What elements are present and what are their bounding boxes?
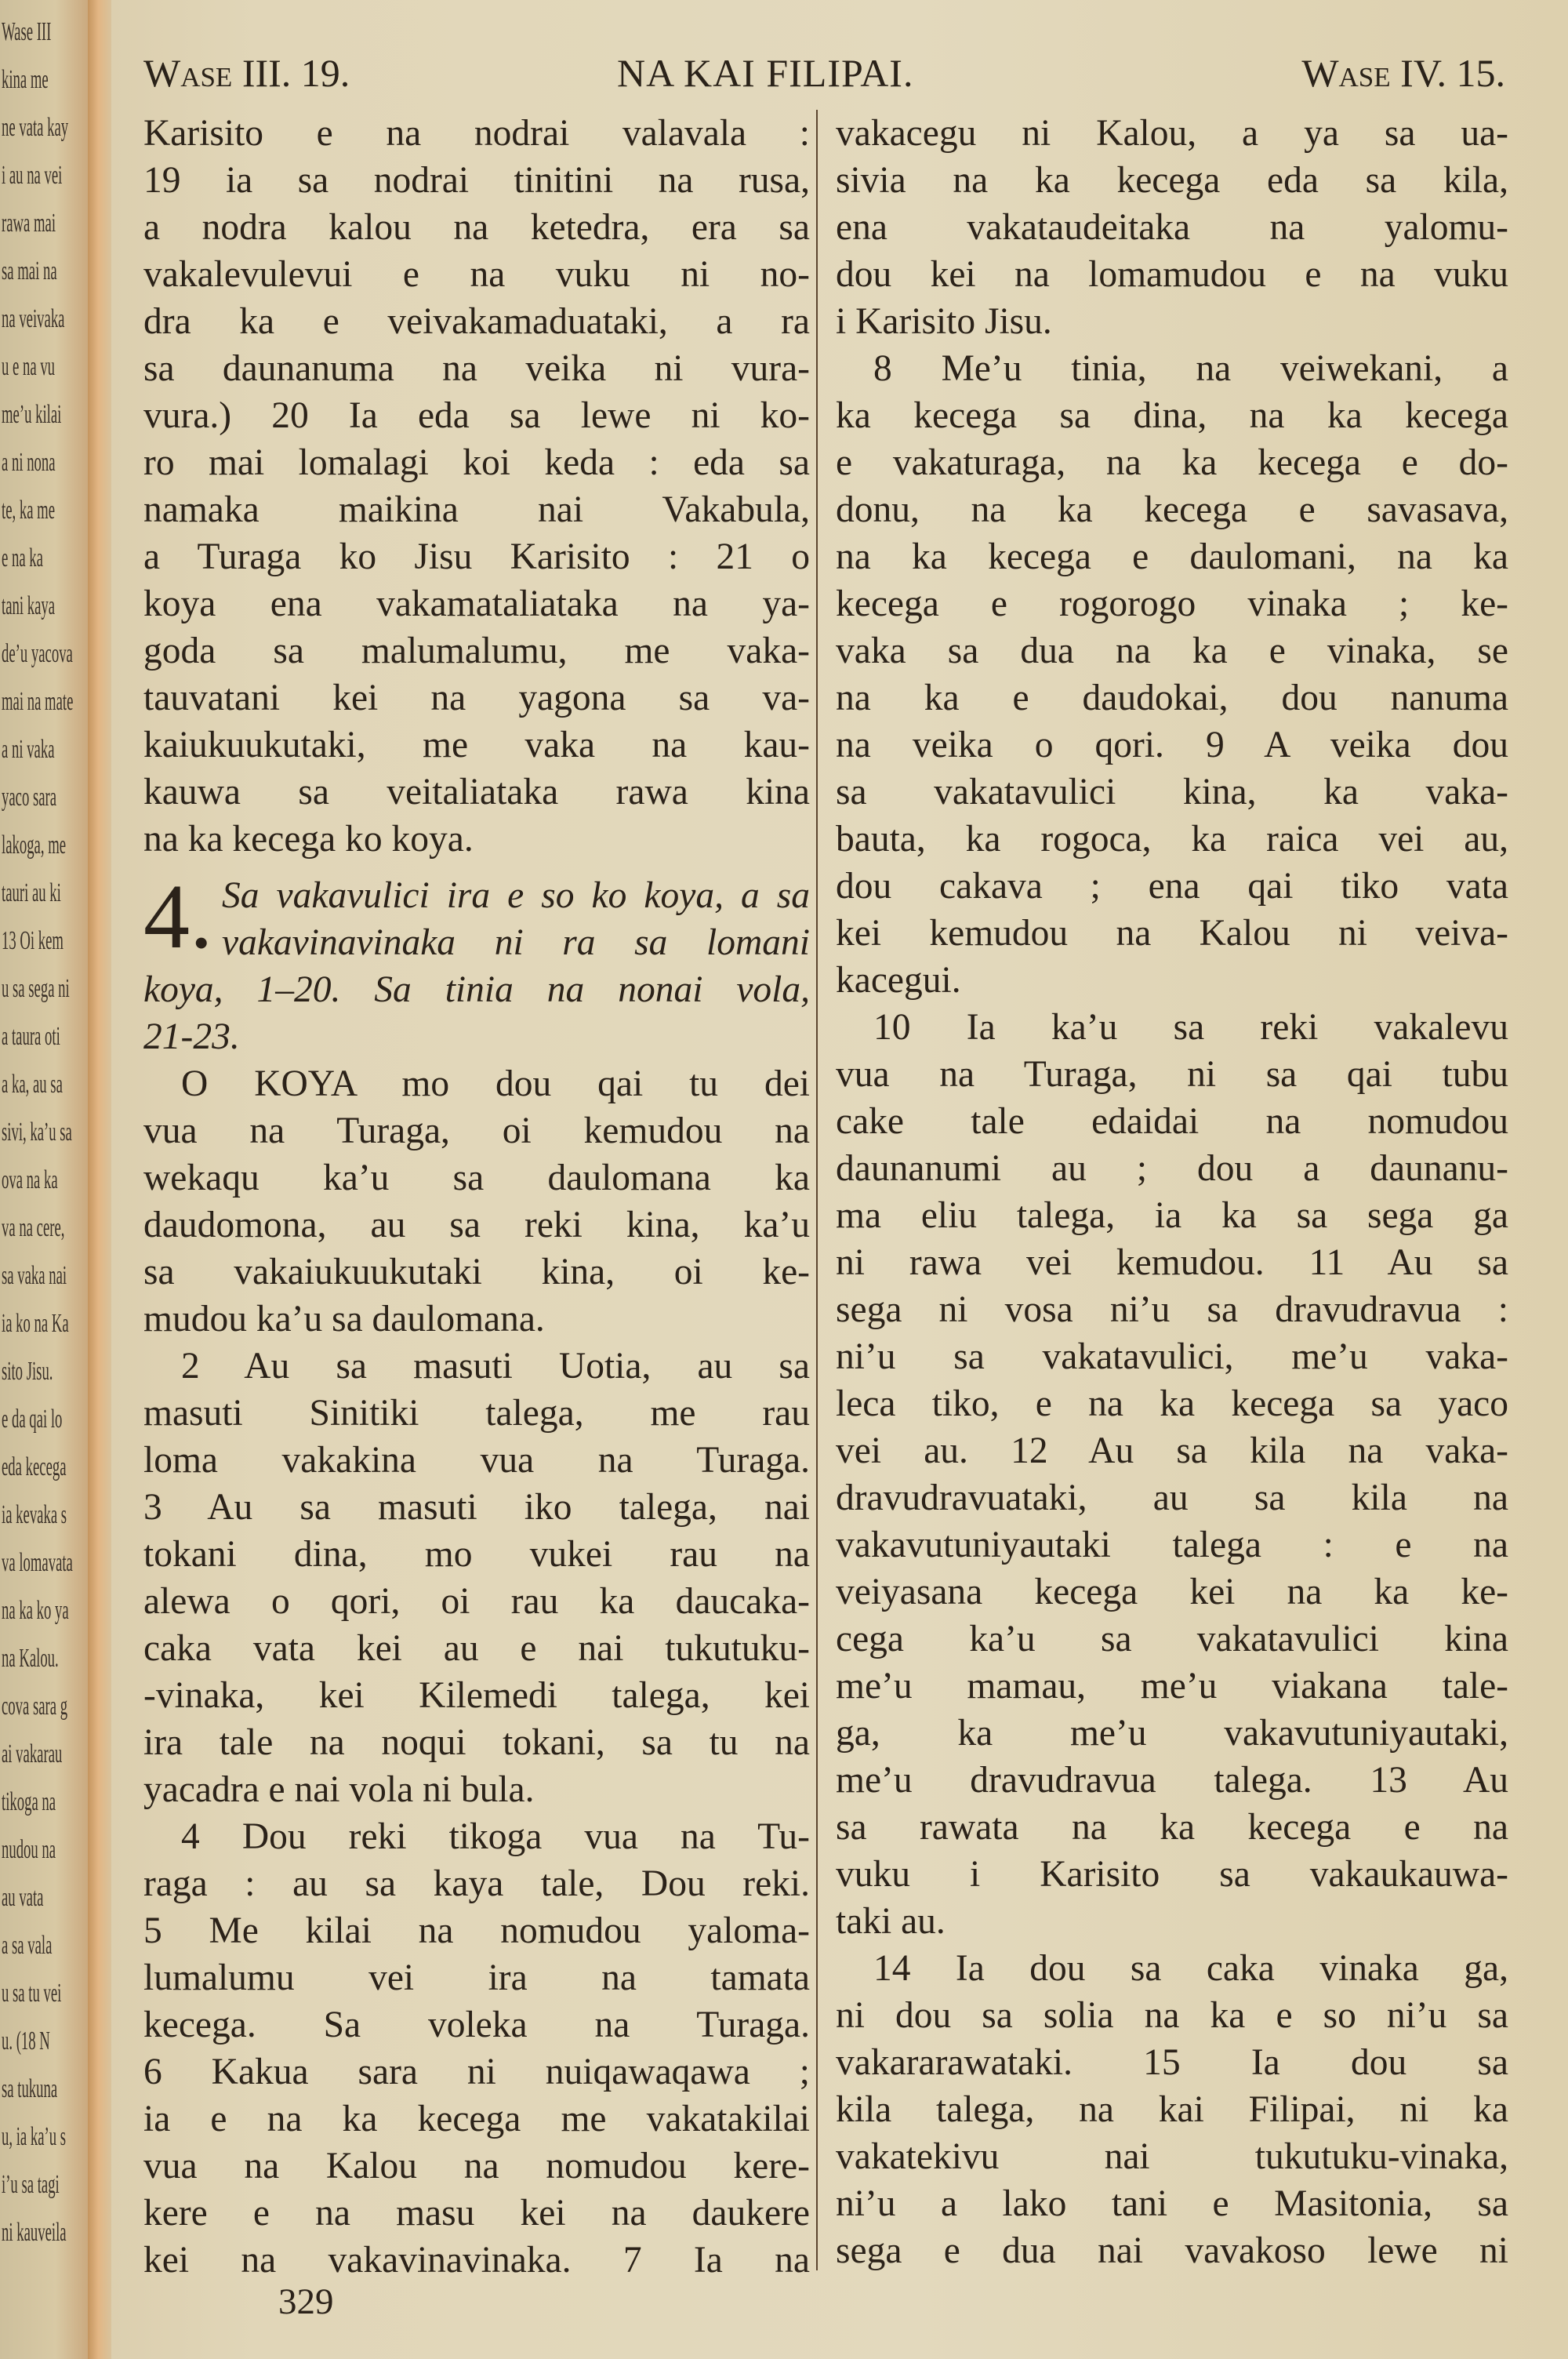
text-line: vua na Turaga, ni sa qai tubu — [836, 1051, 1508, 1098]
book-title: NA KAI FILIPAI. — [617, 50, 913, 96]
text-line: wekaqu ka’u sa daulomana ka — [143, 1154, 810, 1201]
previous-page-line: lakoga, me — [2, 831, 66, 860]
text-line: Karisito e na nodrai valavala : — [143, 110, 810, 157]
previous-page-line: sa tukuna — [2, 2074, 57, 2104]
previous-page-line: de’u yacova — [2, 639, 73, 669]
previous-page-line: a ni vaka — [2, 735, 54, 765]
text-line: 5 Me kilai na nomudou yaloma- — [143, 1907, 810, 1954]
text-line: ena vakataudeitaka na yalomu- — [836, 204, 1508, 251]
text-line: vakacegu ni Kalou, a ya sa ua- — [836, 110, 1508, 157]
running-head: Wase III. 19. NA KAI FILIPAI. Wase IV. 1… — [143, 50, 1505, 97]
text-line: loma vakakina vua na Turaga. — [143, 1437, 810, 1484]
previous-page-line: u sa tu vei — [2, 1979, 61, 2008]
text-line: donu, na ka kecega e savasava, — [836, 486, 1508, 533]
text-line: Sa vakavulici ira e so ko koya, a sa — [143, 872, 810, 919]
previous-page-line: kina me — [2, 65, 49, 95]
text-line: ia e na ka kecega me vakatakilai — [143, 2095, 810, 2143]
text-line: ira tale na noqui tokani, sa tu na — [143, 1719, 810, 1766]
text-line: veiyasana kecega kei na ka ke- — [836, 1568, 1508, 1616]
previous-page-line: Wase III — [2, 17, 51, 47]
previous-page-line: ova na ka — [2, 1165, 58, 1195]
text-line: kacegui. — [836, 957, 1508, 1004]
previous-page-line: cova sara g — [2, 1692, 67, 1721]
text-line: 21-23. — [143, 1013, 810, 1060]
text-line: 3 Au sa masuti iko talega, nai — [143, 1484, 810, 1531]
book-gutter — [88, 0, 111, 2359]
previous-page-line: nudou na — [2, 1835, 56, 1865]
text-line: sa rawata na ka kecega e na — [836, 1804, 1508, 1851]
previous-page-line: me’u kilai — [2, 400, 61, 430]
previous-page-line: na veivaka — [2, 304, 64, 334]
previous-page-edge: Wase IIIkina mene vata kayi au na veiraw… — [0, 0, 93, 2359]
previous-page-line: sa mai na — [2, 256, 57, 286]
previous-page-line: e na ka — [2, 543, 43, 573]
text-line: kauwa sa veitaliataka rawa kina — [143, 769, 810, 816]
text-line: ni dou sa solia na ka e so ni’u sa — [836, 1992, 1508, 2039]
text-line: sivia na ka kecega eda sa kila, — [836, 157, 1508, 204]
text-line: mudou ka’u sa daulomana. — [143, 1296, 810, 1343]
text-line: a Turaga ko Jisu Karisito : 21 o — [143, 533, 810, 580]
previous-page-line: a sa vala — [2, 1931, 52, 1961]
column-divider-rule — [816, 110, 818, 2270]
previous-page-line: eda kecega — [2, 1452, 67, 1482]
text-line: -vinaka, kei Kilemedi talega, kei — [143, 1672, 810, 1719]
left-column-text-before-heading: Karisito e na nodrai valavala :19 ia sa … — [143, 110, 810, 863]
chapter-label: Wase — [143, 51, 232, 95]
page-number: 329 — [278, 2281, 334, 2323]
previous-page-line: 13 Oi kem — [2, 926, 64, 956]
previous-page-line: u. (18 N — [2, 2026, 50, 2056]
left-column-text-after-heading: O KOYA mo dou qai tu deivua na Turaga, o… — [143, 1060, 810, 2284]
text-line: ni rawa vei kemudou. 11 Au sa — [836, 1239, 1508, 1286]
previous-page-line: te, ka me — [2, 496, 55, 525]
text-line: 19 ia sa nodrai tinitini na rusa, — [143, 157, 810, 204]
text-line: vuku i Karisito sa vakaukauwa- — [836, 1851, 1508, 1898]
text-line: kecega e rogorogo vinaka ; ke- — [836, 580, 1508, 627]
text-line: yacadra e nai vola ni bula. — [143, 1766, 810, 1813]
text-line: vei au. 12 Au sa kila na vaka- — [836, 1427, 1508, 1474]
previous-page-line: ne vata kay — [2, 113, 68, 143]
previous-page-line: rawa mai — [2, 209, 56, 238]
text-line: taki au. — [836, 1898, 1508, 1945]
text-line: vakavinavinaka ni ra sa lomani — [143, 919, 810, 966]
text-line: kei na vakavinavinaka. 7 Ia na — [143, 2237, 810, 2284]
text-line: vua na Turaga, oi kemudou na — [143, 1107, 810, 1154]
previous-page-line: u e na vu — [2, 352, 55, 382]
text-line: kei kemudou na Kalou ni veiva- — [836, 910, 1508, 957]
text-line: 2 Au sa masuti Uotia, au sa — [143, 1343, 810, 1390]
previous-page-line: na ka ko ya — [2, 1596, 69, 1626]
text-line: koya ena vakamataliataka na ya- — [143, 580, 810, 627]
text-line: vakararawataki. 15 Ia dou sa — [836, 2039, 1508, 2086]
text-line: sa vakaiukuukutaki kina, oi ke- — [143, 1249, 810, 1296]
text-line: tokani dina, mo vukei rau na — [143, 1531, 810, 1578]
previous-page-line: ia ko na Ka — [2, 1309, 69, 1339]
text-line: caka vata kei au e nai tukutuku- — [143, 1625, 810, 1672]
text-line: masuti Sinitiki talega, me rau — [143, 1390, 810, 1437]
text-line: vakavutuniyautaki talega : e na — [836, 1521, 1508, 1568]
running-head-left: Wase III. 19. — [143, 50, 350, 96]
previous-page-line: au vata — [2, 1883, 43, 1913]
previous-page-line: ai vakarau — [2, 1739, 62, 1769]
chapter-verse-start: III. 19. — [242, 51, 350, 95]
previous-page-line: na Kalou. — [2, 1644, 59, 1674]
text-line: kecega. Sa voleka na Turaga. — [143, 2001, 810, 2048]
chapter-verse-end: IV. 15. — [1400, 51, 1505, 95]
text-line: vua na Kalou na nomudou kere- — [143, 2143, 810, 2190]
previous-page-line: sa vaka nai — [2, 1261, 67, 1291]
text-line: me’u dravudravua talega. 13 Au — [836, 1757, 1508, 1804]
text-line: vaka sa dua na ka e vinaka, se — [836, 627, 1508, 674]
previous-page-line: sito Jisu. — [2, 1357, 53, 1387]
text-line: vura.) 20 Ia eda sa lewe ni ko- — [143, 392, 810, 439]
previous-page-line: i au na vei — [2, 161, 62, 191]
text-line: 10 Ia ka’u sa reki vakalevu — [836, 1004, 1508, 1051]
text-line: ka kecega sa dina, na ka kecega — [836, 392, 1508, 439]
text-line: na ka kecega e daulomani, na ka — [836, 533, 1508, 580]
previous-page-line: a ka, au sa — [2, 1070, 63, 1100]
text-line: na ka e daudokai, dou nanuma — [836, 674, 1508, 722]
text-line: cake tale edaidai na nomudou — [836, 1098, 1508, 1145]
text-line: kila talega, na kai Filipai, ni ka — [836, 2086, 1508, 2133]
text-line: alewa o qori, oi rau ka daucaka- — [143, 1578, 810, 1625]
text-line: bauta, ka rogoca, ka raica vei au, — [836, 816, 1508, 863]
text-line: na veika o qori. 9 A veika dou — [836, 722, 1508, 769]
previous-page-line: mai na mate — [2, 687, 73, 717]
text-line: raga : au sa kaya tale, Dou reki. — [143, 1860, 810, 1907]
chapter-heading: 4. Sa vakavulici ira e so ko koya, a sav… — [143, 872, 810, 1060]
text-line: a nodra kalou na ketedra, era sa — [143, 204, 810, 251]
left-column: Karisito e na nodrai valavala :19 ia sa … — [143, 110, 810, 2284]
text-line: ni’u a lako tani e Masitonia, sa — [836, 2180, 1508, 2227]
text-line: dra ka e veivakamaduataki, a ra — [143, 298, 810, 345]
text-line: ga, ka me’u vakavutuniyautaki, — [836, 1710, 1508, 1757]
text-line: kere e na masu kei na daukere — [143, 2190, 810, 2237]
text-line: vakalevulevui e na vuku ni no- — [143, 251, 810, 298]
text-line: ma eliu talega, ia ka sa sega ga — [836, 1192, 1508, 1239]
previous-page-line: va na cere, — [2, 1213, 64, 1243]
chapter-number: 4. — [143, 874, 213, 960]
previous-page-line: tikoga na — [2, 1787, 56, 1817]
text-line: dou kei na lomamudou e na vuku — [836, 251, 1508, 298]
text-line: e vakaturaga, na ka kecega e do- — [836, 439, 1508, 486]
text-line: cega ka’u sa vakatavulici kina — [836, 1616, 1508, 1663]
text-line: me’u mamau, me’u viakana tale- — [836, 1663, 1508, 1710]
text-line: sa vakatavulici kina, ka vaka- — [836, 769, 1508, 816]
text-line: lumalumu vei ira na tamata — [143, 1954, 810, 2001]
text-line: sega ni vosa ni’u sa dravudravua : — [836, 1286, 1508, 1333]
previous-page-line: sivi, ka’u sa — [2, 1118, 72, 1147]
text-line: namaka maikina nai Vakabula, — [143, 486, 810, 533]
text-line: daunanumi au ; dou a daunanu- — [836, 1145, 1508, 1192]
chapter-label: Wase — [1301, 51, 1390, 95]
chapter-summary: Sa vakavulici ira e so ko koya, a savaka… — [143, 872, 810, 1060]
previous-page-line: ia kevaka s — [2, 1500, 67, 1530]
previous-page-line: a ni nona — [2, 448, 56, 478]
right-column: vakacegu ni Kalou, a ya sa ua-sivia na k… — [836, 110, 1508, 2274]
text-line: na ka kecega ko koya. — [143, 816, 810, 863]
text-line: 8 Me’u tinia, na veiwekani, a — [836, 345, 1508, 392]
previous-page-line: va lomavata — [2, 1548, 73, 1578]
previous-page-line: tauri au ki — [2, 878, 61, 908]
text-line: 4 Dou reki tikoga vua na Tu- — [143, 1813, 810, 1860]
text-line: sa daunanuma na veika ni vura- — [143, 345, 810, 392]
text-line: tauvatani kei na yagona sa va- — [143, 674, 810, 722]
previous-page-line: ni kauveila — [2, 2218, 67, 2248]
previous-page-line: i’u sa tagi — [2, 2170, 60, 2200]
text-line: 14 Ia dou sa caka vinaka ga, — [836, 1945, 1508, 1992]
text-line: vakatekivu nai tukutuku-vinaka, — [836, 2133, 1508, 2180]
text-line: O KOYA mo dou qai tu dei — [143, 1060, 810, 1107]
previous-page-line: tani kaya — [2, 591, 55, 621]
text-line: dravudravuataki, au sa kila na — [836, 1474, 1508, 1521]
text-line: sega e dua nai vavakoso lewe ni — [836, 2227, 1508, 2274]
text-line: 6 Kakua sara ni nuiqawaqawa ; — [143, 2048, 810, 2095]
text-line: ro mai lomalagi koi keda : eda sa — [143, 439, 810, 486]
text-line: kaiukuukutaki, me vaka na kau- — [143, 722, 810, 769]
text-line: i Karisito Jisu. — [836, 298, 1508, 345]
previous-page-line: e da qai lo — [2, 1405, 62, 1434]
text-line: ni’u sa vakatavulici, me’u vaka- — [836, 1333, 1508, 1380]
previous-page-line: u, ia ka’u s — [2, 2122, 66, 2152]
running-head-right: Wase IV. 15. — [1301, 50, 1505, 96]
text-line: goda sa malumalumu, me vaka- — [143, 627, 810, 674]
text-line: koya, 1–20. Sa tinia na nonai vola, — [143, 966, 810, 1013]
text-line: leca tiko, e na ka kecega sa yaco — [836, 1380, 1508, 1427]
previous-page-line: a taura oti — [2, 1022, 60, 1052]
text-line: daudomona, au sa reki kina, ka’u — [143, 1201, 810, 1249]
previous-page-line: u sa sega ni — [2, 974, 70, 1004]
text-line: dou cakava ; ena qai tiko vata — [836, 863, 1508, 910]
previous-page-line: yaco sara — [2, 783, 56, 812]
